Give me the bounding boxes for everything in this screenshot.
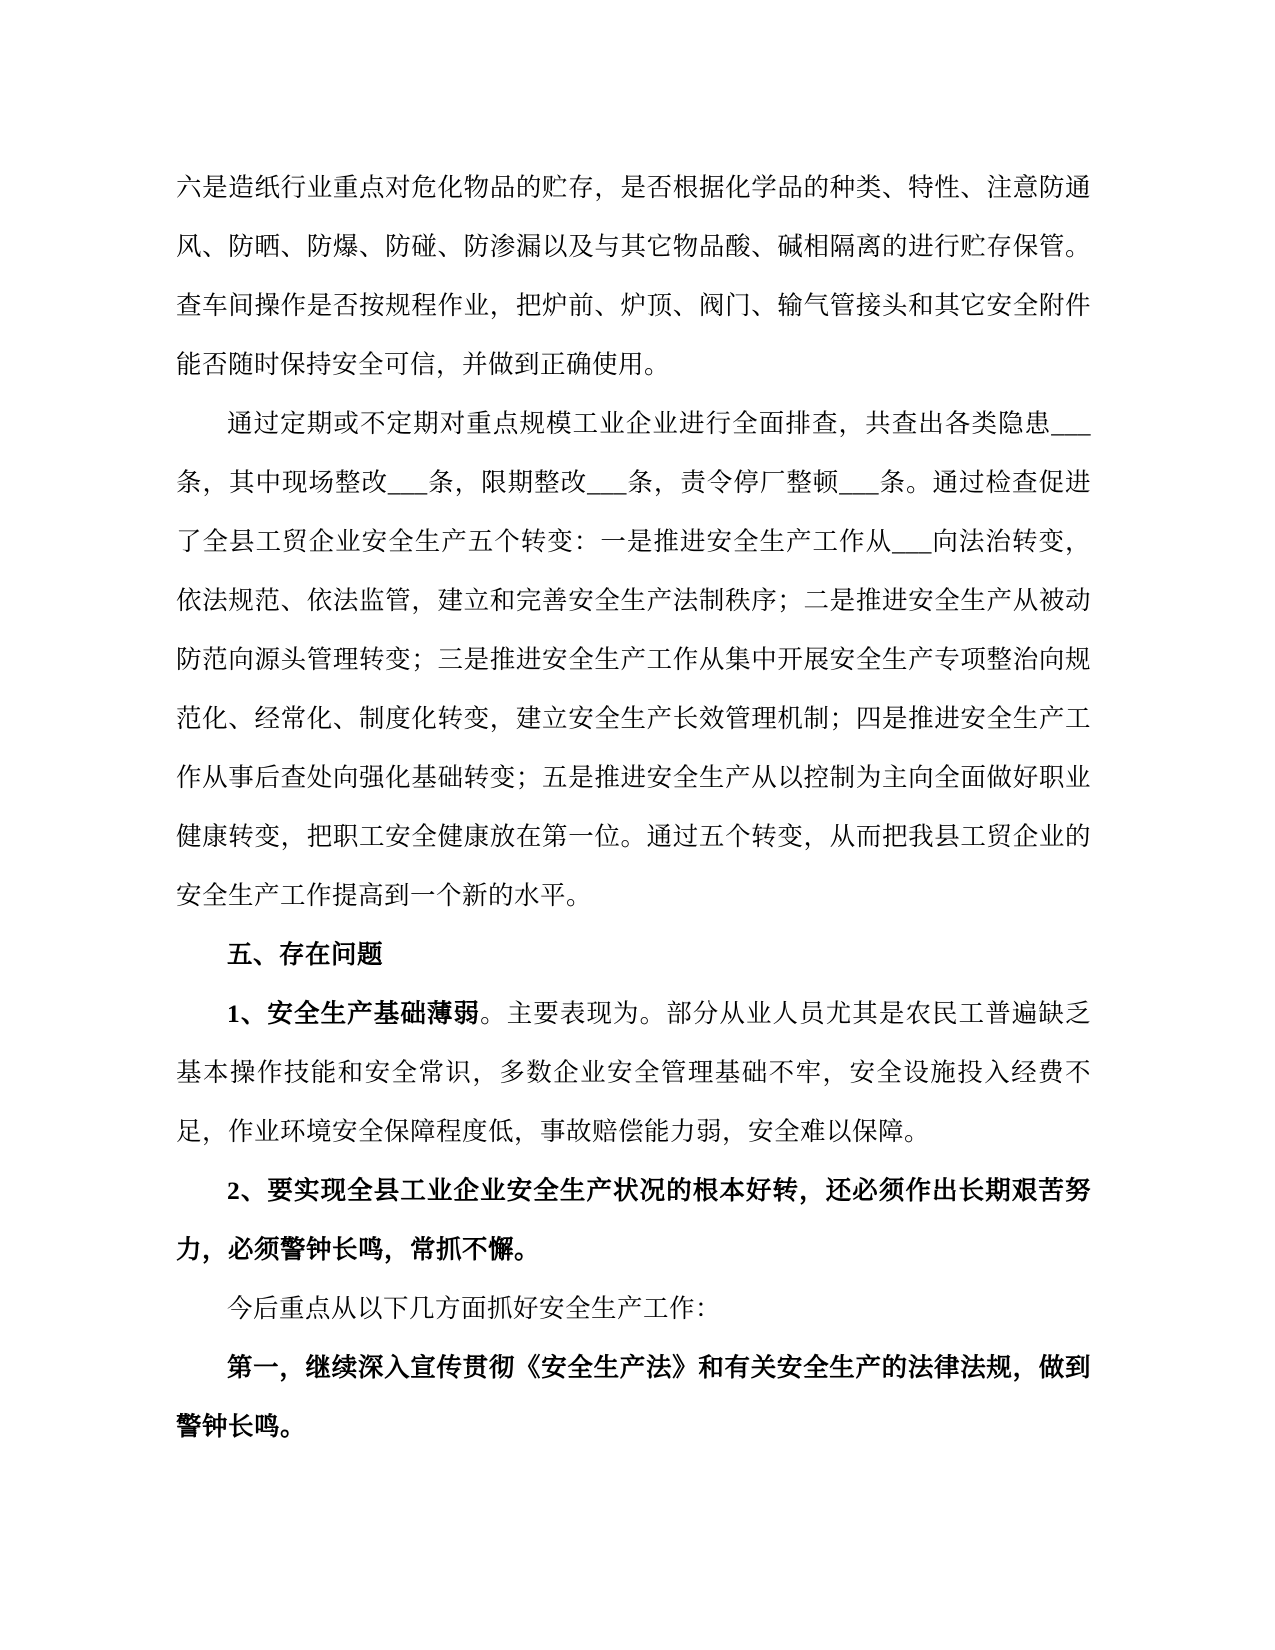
- text-run: 五、存在问题: [227, 940, 383, 969]
- text-run: 六是造纸行业重点对危化物品的贮存，是否根据化学品的种类、特性、注意防通风、防晒、…: [176, 173, 1091, 379]
- para-page-continuation: 六是造纸行业重点对危化物品的贮存，是否根据化学品的种类、特性、注意防通风、防晒、…: [176, 158, 1091, 394]
- text-run: 2、要实现全县工业企业安全生产状况的根本好转，还必须作出长期艰苦努力，必须警钟长…: [176, 1176, 1091, 1264]
- heading-section-five-problems: 五、存在问题: [176, 925, 1091, 984]
- document-page: 六是造纸行业重点对危化物品的贮存，是否根据化学品的种类、特性、注意防通风、防晒、…: [0, 0, 1275, 1650]
- para-inspection-results: 通过定期或不定期对重点规模工业企业进行全面排查，共查出各类隐患___条，其中现场…: [176, 394, 1091, 925]
- document-body: 六是造纸行业重点对危化物品的贮存，是否根据化学品的种类、特性、注意防通风、防晒、…: [176, 158, 1091, 1456]
- text-run: 第一，继续深入宣传贯彻《安全生产法》和有关安全生产的法律法规，做到警钟长鸣。: [176, 1353, 1091, 1441]
- text-run: 今后重点从以下几方面抓好安全生产工作：: [227, 1294, 721, 1323]
- para-problem-2: 2、要实现全县工业企业安全生产状况的根本好转，还必须作出长期艰苦努力，必须警钟长…: [176, 1161, 1091, 1279]
- text-run: 通过定期或不定期对重点规模工业企业进行全面排查，共查出各类隐患___条，其中现场…: [176, 409, 1091, 910]
- text-run: 1、安全生产基础薄弱: [227, 999, 480, 1028]
- para-problem-1: 1、安全生产基础薄弱。主要表现为。部分从业人员尤其是农民工普遍缺乏基本操作技能和…: [176, 984, 1091, 1161]
- para-measure-first: 第一，继续深入宣传贯彻《安全生产法》和有关安全生产的法律法规，做到警钟长鸣。: [176, 1338, 1091, 1456]
- para-future-focus-intro: 今后重点从以下几方面抓好安全生产工作：: [176, 1279, 1091, 1338]
